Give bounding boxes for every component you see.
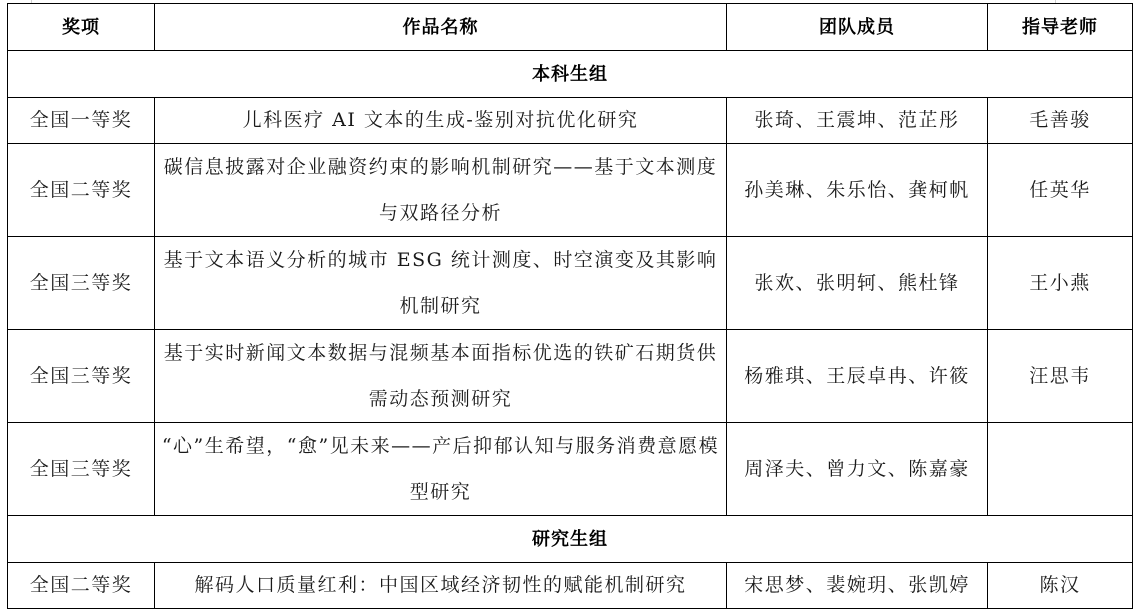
advisor-cell: 汪思韦 (988, 330, 1133, 423)
group-label: 本科生组 (8, 51, 1133, 98)
group-row-graduate: 研究生组 (8, 516, 1133, 563)
header-advisor: 指导老师 (988, 4, 1133, 51)
members-cell: 宋思梦、裴婉玥、张凯婷 (727, 563, 988, 609)
award-cell: 全国二等奖 (8, 563, 155, 609)
award-cell: 全国二等奖 (8, 144, 155, 237)
awards-table: 奖项 作品名称 团队成员 指导老师 本科生组 全国一等奖 儿科医疗 AI 文本的… (7, 3, 1133, 609)
table-row: 全国三等奖 基于文本语义分析的城市 ESG 统计测度、时空演变及其影响机制研究 … (8, 237, 1133, 330)
title-cell: 基于文本语义分析的城市 ESG 统计测度、时空演变及其影响机制研究 (155, 237, 727, 330)
header-title: 作品名称 (155, 4, 727, 51)
advisor-cell (988, 423, 1133, 516)
table-row: 全国三等奖 基于实时新闻文本数据与混频基本面指标优选的铁矿石期货供需动态预测研究… (8, 330, 1133, 423)
members-cell: 周泽夫、曾力文、陈嘉豪 (727, 423, 988, 516)
title-cell: 碳信息披露对企业融资约束的影响机制研究——基于文本测度与双路径分析 (155, 144, 727, 237)
award-cell: 全国三等奖 (8, 237, 155, 330)
title-cell: 儿科医疗 AI 文本的生成-鉴别对抗优化研究 (155, 98, 727, 144)
table-row: 全国一等奖 儿科医疗 AI 文本的生成-鉴别对抗优化研究 张琦、王震坤、范芷彤 … (8, 98, 1133, 144)
advisor-cell: 王小燕 (988, 237, 1133, 330)
advisor-cell: 任英华 (988, 144, 1133, 237)
members-cell: 张琦、王震坤、范芷彤 (727, 98, 988, 144)
group-row-undergraduate: 本科生组 (8, 51, 1133, 98)
title-cell: “心”生希望，“愈”见未来——产后抑郁认知与服务消费意愿模型研究 (155, 423, 727, 516)
header-members: 团队成员 (727, 4, 988, 51)
header-award: 奖项 (8, 4, 155, 51)
award-cell: 全国一等奖 (8, 98, 155, 144)
group-label: 研究生组 (8, 516, 1133, 563)
members-cell: 杨雅琪、王辰卓冉、许筱 (727, 330, 988, 423)
table-row: 全国三等奖 “心”生希望，“愈”见未来——产后抑郁认知与服务消费意愿模型研究 周… (8, 423, 1133, 516)
title-cell: 基于实时新闻文本数据与混频基本面指标优选的铁矿石期货供需动态预测研究 (155, 330, 727, 423)
header-row: 奖项 作品名称 团队成员 指导老师 (8, 4, 1133, 51)
advisor-cell: 陈汉 (988, 563, 1133, 609)
table-row: 全国二等奖 碳信息披露对企业融资约束的影响机制研究——基于文本测度与双路径分析 … (8, 144, 1133, 237)
members-cell: 孙美琳、朱乐怡、龚柯帆 (727, 144, 988, 237)
award-cell: 全国三等奖 (8, 330, 155, 423)
award-cell: 全国三等奖 (8, 423, 155, 516)
advisor-cell: 毛善骏 (988, 98, 1133, 144)
members-cell: 张欢、张明轲、熊杜锋 (727, 237, 988, 330)
table-row: 全国二等奖 解码人口质量红利：中国区域经济韧性的赋能机制研究 宋思梦、裴婉玥、张… (8, 563, 1133, 609)
title-cell: 解码人口质量红利：中国区域经济韧性的赋能机制研究 (155, 563, 727, 609)
